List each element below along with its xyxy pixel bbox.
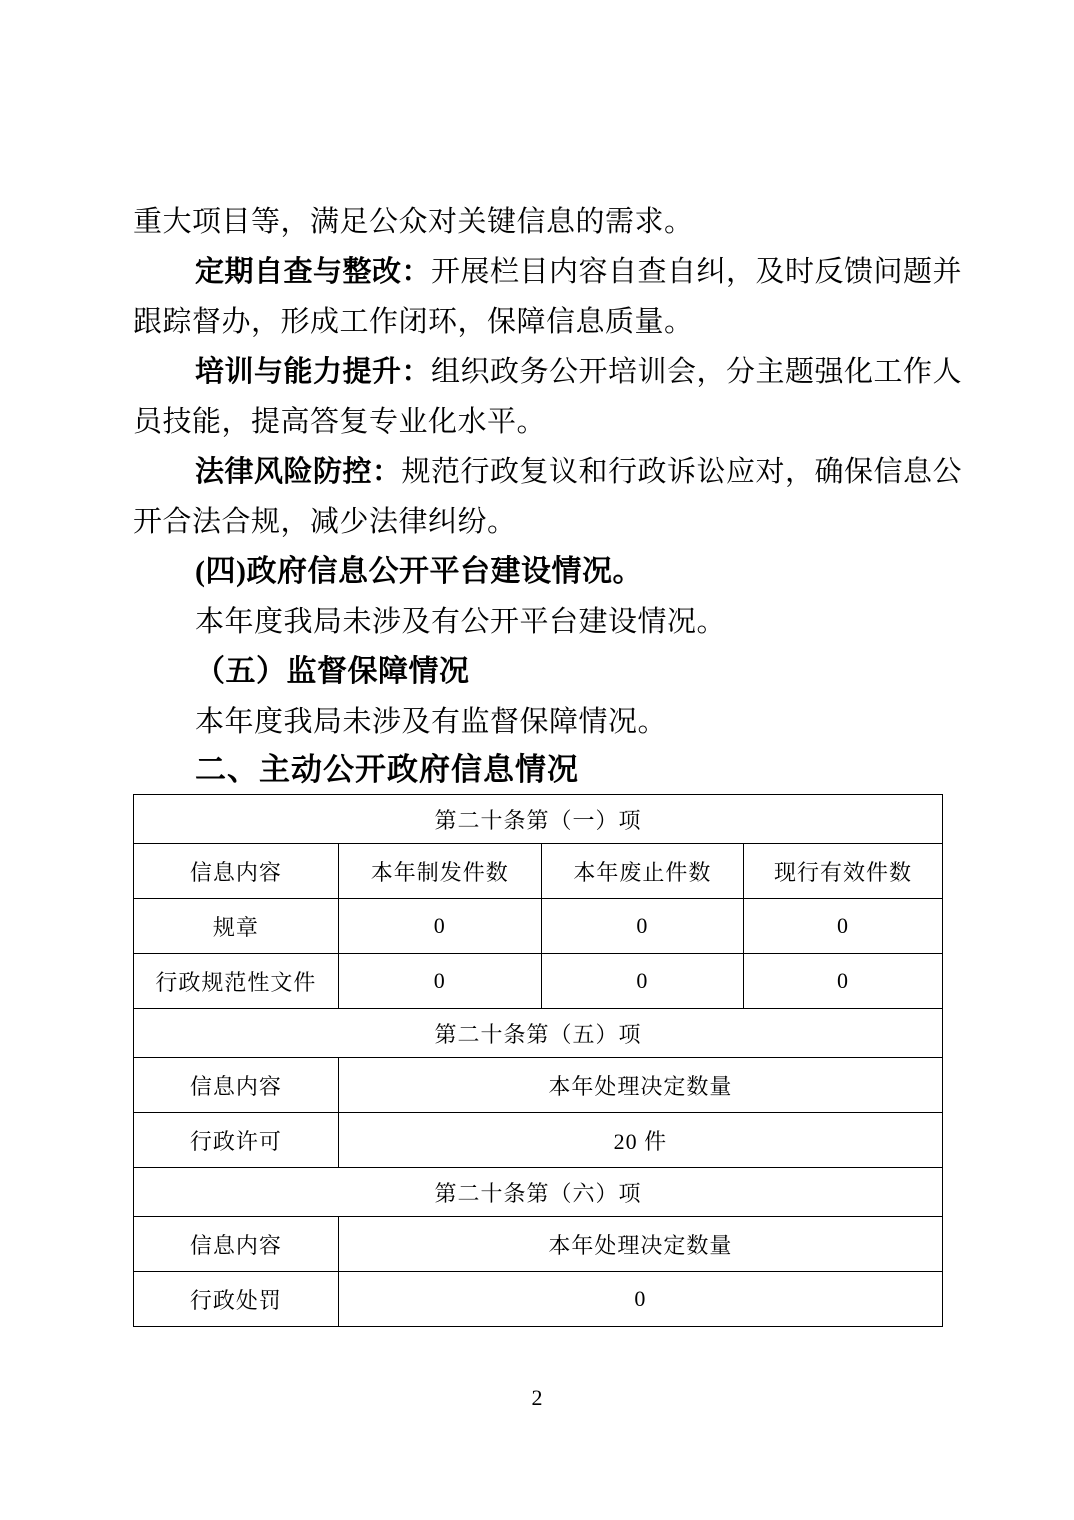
column-header: 信息内容 xyxy=(134,1217,339,1272)
row-label: 规章 xyxy=(134,899,339,954)
table-section-title: 第二十条第（五）项 xyxy=(134,1009,943,1058)
column-header: 现行有效件数 xyxy=(743,844,942,899)
table-header-row: 信息内容 本年处理决定数量 xyxy=(134,1217,943,1272)
row-label: 行政处罚 xyxy=(134,1272,339,1327)
body-text: 员技能，提高答复专业化水平。 xyxy=(133,406,546,438)
body-line: 重大项目等，满足公众对关键信息的需求。 xyxy=(133,197,945,247)
section-heading-5: （五）监督保障情况 xyxy=(133,647,1007,697)
body-line: 定期自查与整改：开展栏目内容自查自纠，及时反馈问题并 xyxy=(133,247,1007,297)
heading-text: 二、主动公开政府信息情况 xyxy=(195,752,579,787)
cell-value: 0 xyxy=(743,899,942,954)
body-text: 开展栏目内容自查自纠，及时反馈问题并 xyxy=(431,256,962,288)
table-section-title-row: 第二十条第（五）项 xyxy=(134,1009,943,1058)
body-line: 培训与能力提升：组织政务公开培训会，分主题强化工作人 xyxy=(133,347,1007,397)
body-line: 法律风险防控：规范行政复议和行政诉讼应对，确保信息公 xyxy=(133,447,1007,497)
cell-value: 0 xyxy=(338,954,541,1009)
table-row: 规章 0 0 0 xyxy=(134,899,943,954)
body-line: 跟踪督办，形成工作闭环，保障信息质量。 xyxy=(133,297,945,347)
body-text: 规范行政复议和行政诉讼应对，确保信息公 xyxy=(402,456,963,488)
column-header: 信息内容 xyxy=(134,844,339,899)
table-row: 行政许可 20 件 xyxy=(134,1113,943,1168)
body-text: 本年度我局未涉及有监督保障情况。 xyxy=(195,706,667,738)
cell-value: 0 xyxy=(338,1272,942,1327)
table-row: 行政处罚 0 xyxy=(134,1272,943,1327)
cell-value: 20 件 xyxy=(338,1113,942,1168)
body-text: 本年度我局未涉及有公开平台建设情况。 xyxy=(195,606,726,638)
table-section-title-row: 第二十条第（一）项 xyxy=(134,795,943,844)
column-header: 本年处理决定数量 xyxy=(338,1058,942,1113)
body-line: 员技能，提高答复专业化水平。 xyxy=(133,397,945,447)
section-heading-2-active-disclosure: 二、主动公开政府信息情况 xyxy=(133,745,1007,795)
column-header: 本年处理决定数量 xyxy=(338,1217,942,1272)
row-label: 行政许可 xyxy=(134,1113,339,1168)
section-heading-4: (四)政府信息公开平台建设情况。 xyxy=(133,547,1007,597)
table-section-title-row: 第二十条第（六）项 xyxy=(134,1168,943,1217)
body-line: 本年度我局未涉及有监督保障情况。 xyxy=(133,697,1007,747)
body-text: 组织政务公开培训会，分主题强化工作人 xyxy=(431,356,962,388)
document-page: 重大项目等，满足公众对关键信息的需求。 定期自查与整改：开展栏目内容自查自纠，及… xyxy=(0,0,1074,1520)
column-header: 信息内容 xyxy=(134,1058,339,1113)
disclosure-table: 第二十条第（一）项 信息内容 本年制发件数 本年废止件数 现行有效件数 规章 0… xyxy=(133,794,943,1327)
paragraph-lead-bold: 定期自查与整改： xyxy=(195,256,431,288)
table-section-title: 第二十条第（一）项 xyxy=(134,795,943,844)
column-header: 本年废止件数 xyxy=(541,844,743,899)
page-number: 2 xyxy=(0,1384,1074,1412)
cell-value: 0 xyxy=(541,899,743,954)
body-text: 跟踪督办，形成工作闭环，保障信息质量。 xyxy=(133,306,694,338)
body-text: 重大项目等，满足公众对关键信息的需求。 xyxy=(133,206,694,238)
heading-text: (四)政府信息公开平台建设情况。 xyxy=(195,555,643,588)
body-line: 本年度我局未涉及有公开平台建设情况。 xyxy=(133,597,1007,647)
row-label: 行政规范性文件 xyxy=(134,954,339,1009)
paragraph-lead-bold: 法律风险防控： xyxy=(195,456,402,488)
cell-value: 0 xyxy=(541,954,743,1009)
table-section-title: 第二十条第（六）项 xyxy=(134,1168,943,1217)
column-header: 本年制发件数 xyxy=(338,844,541,899)
table-row: 行政规范性文件 0 0 0 xyxy=(134,954,943,1009)
heading-text: （五）监督保障情况 xyxy=(195,655,470,688)
table-header-row: 信息内容 本年制发件数 本年废止件数 现行有效件数 xyxy=(134,844,943,899)
table-header-row: 信息内容 本年处理决定数量 xyxy=(134,1058,943,1113)
body-line: 开合法合规，减少法律纠纷。 xyxy=(133,497,945,547)
cell-value: 0 xyxy=(743,954,942,1009)
cell-value: 0 xyxy=(338,899,541,954)
paragraph-lead-bold: 培训与能力提升： xyxy=(195,356,431,388)
body-text: 开合法合规，减少法律纠纷。 xyxy=(133,506,517,538)
